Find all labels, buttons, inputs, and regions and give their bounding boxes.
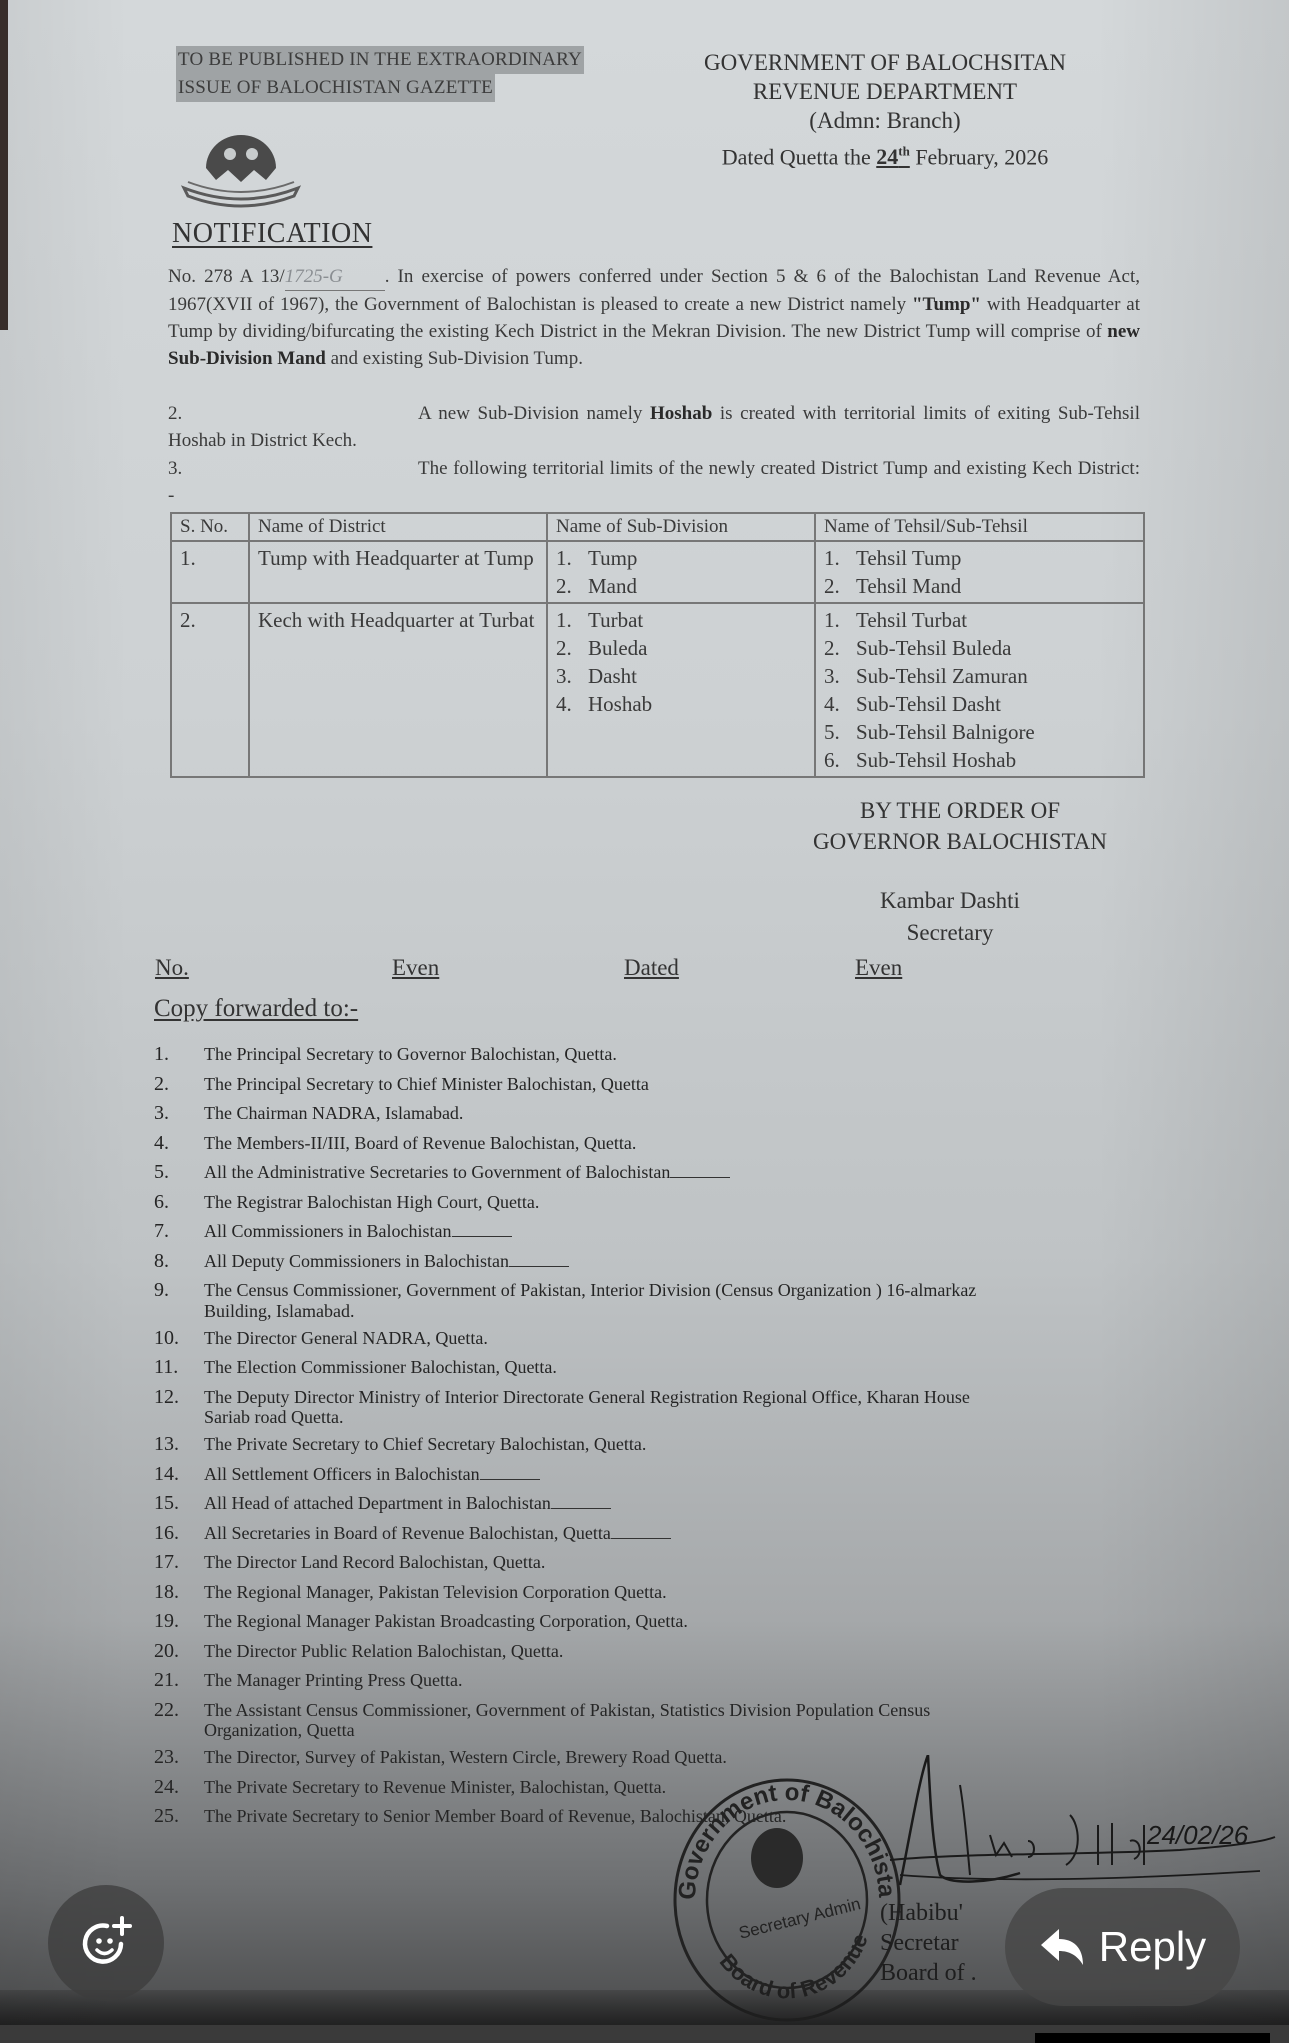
list-item: 6.The Registrar Balochistan High Court, … [150, 1188, 1160, 1218]
list-item: 12.The Deputy Director Ministry of Inter… [150, 1383, 1160, 1431]
document-date: Dated Quetta the 24th February, 2026 [640, 137, 1130, 171]
reply-arrow-icon [1039, 1927, 1085, 1967]
table-row: 2.Kech with Headquarter at Turbat1.Turba… [171, 603, 1144, 777]
copy-forwarded-title: Copy forwarded to:- [154, 995, 358, 1023]
tehsil-item: 1.Tehsil Tump [824, 544, 1135, 572]
signer-block: Kambar Dashti Secretary [860, 885, 1040, 949]
svg-text:Secretary Admin: Secretary Admin [737, 1894, 863, 1943]
list-item: 8.All Deputy Commissioners in Balochista… [150, 1247, 1160, 1277]
tehsil-item: 2.Tehsil Mand [824, 572, 1135, 600]
header-subdivision: Name of Sub-Division [547, 513, 815, 541]
department-name: REVENUE DEPARTMENT [640, 77, 1130, 106]
tehsil-item: 6.Sub-Tehsil Hoshab [824, 746, 1135, 774]
cell-subdivisions: 1.Tump2.Mand [547, 541, 815, 603]
paragraph-1: No. 278 A 13/1725-G. In exercise of powe… [168, 263, 1140, 372]
cell-district: Tump with Headquarter at Tump [249, 541, 547, 603]
list-item: 10.The Director General NADRA, Quetta. [150, 1324, 1160, 1354]
cell-subdivisions: 1.Turbat2.Buleda3.Dasht4.Hoshab [547, 603, 815, 777]
list-item: 5.All the Administrative Secretaries to … [150, 1158, 1160, 1188]
list-item: 1.The Principal Secretary to Governor Ba… [150, 1040, 1160, 1070]
endorse-no-label: No. [155, 955, 189, 981]
table-header-row: S. No. Name of District Name of Sub-Divi… [171, 513, 1144, 541]
handwritten-ref: 1725-G [285, 263, 385, 291]
list-item: 13.The Private Secretary to Chief Secret… [150, 1430, 1160, 1460]
subdivision-item: 2.Mand [556, 572, 806, 600]
paragraph-3: 3.The following territorial limits of th… [168, 455, 1140, 509]
list-item: 20.The Director Public Relation Balochis… [150, 1637, 1160, 1667]
balochistan-emblem-icon [176, 118, 306, 208]
cell-sno: 1. [171, 541, 249, 603]
list-item: 18.The Regional Manager, Pakistan Televi… [150, 1578, 1160, 1608]
official-stamp-icon: Government of Balochistan Board of Reven… [665, 1760, 905, 2025]
list-item: 19.The Regional Manager Pakistan Broadca… [150, 1607, 1160, 1637]
header-tehsil: Name of Tehsil/Sub-Tehsil [815, 513, 1144, 541]
list-item: 14.All Settlement Officers in Balochista… [150, 1460, 1160, 1490]
gazette-note: TO BE PUBLISHED IN THE EXTRAORDINARY ISS… [176, 46, 584, 102]
list-item: 15.All Head of attached Department in Ba… [150, 1489, 1160, 1519]
list-item: 22.The Assistant Census Commissioner, Go… [150, 1696, 1160, 1744]
home-indicator [1035, 2033, 1270, 2043]
header-sno: S. No. [171, 513, 249, 541]
list-item: 9.The Census Commissioner, Government of… [150, 1276, 1160, 1324]
blank-line [551, 1508, 611, 1509]
blank-line [509, 1266, 569, 1267]
blank-line [480, 1479, 540, 1480]
signer-designation: Secretary [860, 917, 1040, 949]
cell-tehsils: 1.Tehsil Turbat2.Sub-Tehsil Buleda3.Sub-… [815, 603, 1144, 777]
blank-line [611, 1538, 671, 1539]
paragraph-2: 2.A new Sub-Division namely Hoshab is cr… [168, 400, 1140, 454]
add-reaction-icon [77, 1914, 135, 1972]
endorse-dated-label: Dated [624, 955, 679, 981]
cell-district: Kech with Headquarter at Turbat [249, 603, 547, 777]
tehsil-item: 3.Sub-Tehsil Zamuran [824, 662, 1135, 690]
cell-tehsils: 1.Tehsil Tump2.Tehsil Mand [815, 541, 1144, 603]
reply-button[interactable]: Reply [1005, 1888, 1240, 2006]
cell-sno: 2. [171, 603, 249, 777]
list-item: 21.The Manager Printing Press Quetta. [150, 1666, 1160, 1696]
add-reaction-button[interactable] [48, 1885, 164, 2001]
document-photo: TO BE PUBLISHED IN THE EXTRAORDINARY ISS… [0, 0, 1289, 2025]
subdivision-item: 2.Buleda [556, 634, 806, 662]
tehsil-item: 2.Sub-Tehsil Buleda [824, 634, 1135, 662]
gazette-line-2: ISSUE OF BALOCHISTAN GAZETTE [176, 74, 495, 102]
reply-label: Reply [1099, 1923, 1206, 1971]
list-item: 4.The Members-II/III, Board of Revenue B… [150, 1129, 1160, 1159]
list-item: 16.All Secretaries in Board of Revenue B… [150, 1519, 1160, 1549]
territorial-limits-table: S. No. Name of District Name of Sub-Divi… [170, 512, 1145, 778]
list-item: 11.The Election Commissioner Balochistan… [150, 1353, 1160, 1383]
page-title: NOTIFICATION [172, 218, 372, 250]
endorse-dated-value: Even [855, 955, 902, 981]
header-district: Name of District [249, 513, 547, 541]
subdivision-item: 1.Tump [556, 544, 806, 572]
signer-name: Kambar Dashti [860, 885, 1040, 917]
government-name: GOVERNMENT OF BALOCHSITAN [640, 48, 1130, 77]
list-item: 2.The Principal Secretary to Chief Minis… [150, 1070, 1160, 1100]
signature-date: 24/02/26 [1147, 1820, 1248, 1851]
notification-document: TO BE PUBLISHED IN THE EXTRAORDINARY ISS… [0, 0, 1289, 2000]
blank-line [670, 1177, 730, 1178]
endorse-no-value: Even [392, 955, 439, 981]
subdivision-item: 3.Dasht [556, 662, 806, 690]
table-row: 1.Tump with Headquarter at Tump1.Tump2.M… [171, 541, 1144, 603]
order-line: BY THE ORDER OF GOVERNOR BALOCHISTAN [770, 795, 1150, 857]
list-item: 7.All Commissioners in Balochistan [150, 1217, 1160, 1247]
tehsil-item: 1.Tehsil Turbat [824, 606, 1135, 634]
list-item: 3.The Chairman NADRA, Islamabad. [150, 1099, 1160, 1129]
blank-line [452, 1236, 512, 1237]
tehsil-item: 4.Sub-Tehsil Dasht [824, 690, 1135, 718]
stamp-name-block: (Habibu' Secretar Board of . [880, 1898, 977, 1988]
branch-name: (Admn: Branch) [640, 106, 1130, 135]
subdivision-item: 4.Hoshab [556, 690, 806, 718]
letterhead: GOVERNMENT OF BALOCHSITAN REVENUE DEPART… [640, 48, 1130, 171]
tehsil-item: 5.Sub-Tehsil Balnigore [824, 718, 1135, 746]
subdivision-item: 1.Turbat [556, 606, 806, 634]
copy-forwarded-list: 1.The Principal Secretary to Governor Ba… [150, 1040, 1160, 1832]
gazette-line-1: TO BE PUBLISHED IN THE EXTRAORDINARY [176, 46, 584, 74]
list-item: 17.The Director Land Record Balochistan,… [150, 1548, 1160, 1578]
